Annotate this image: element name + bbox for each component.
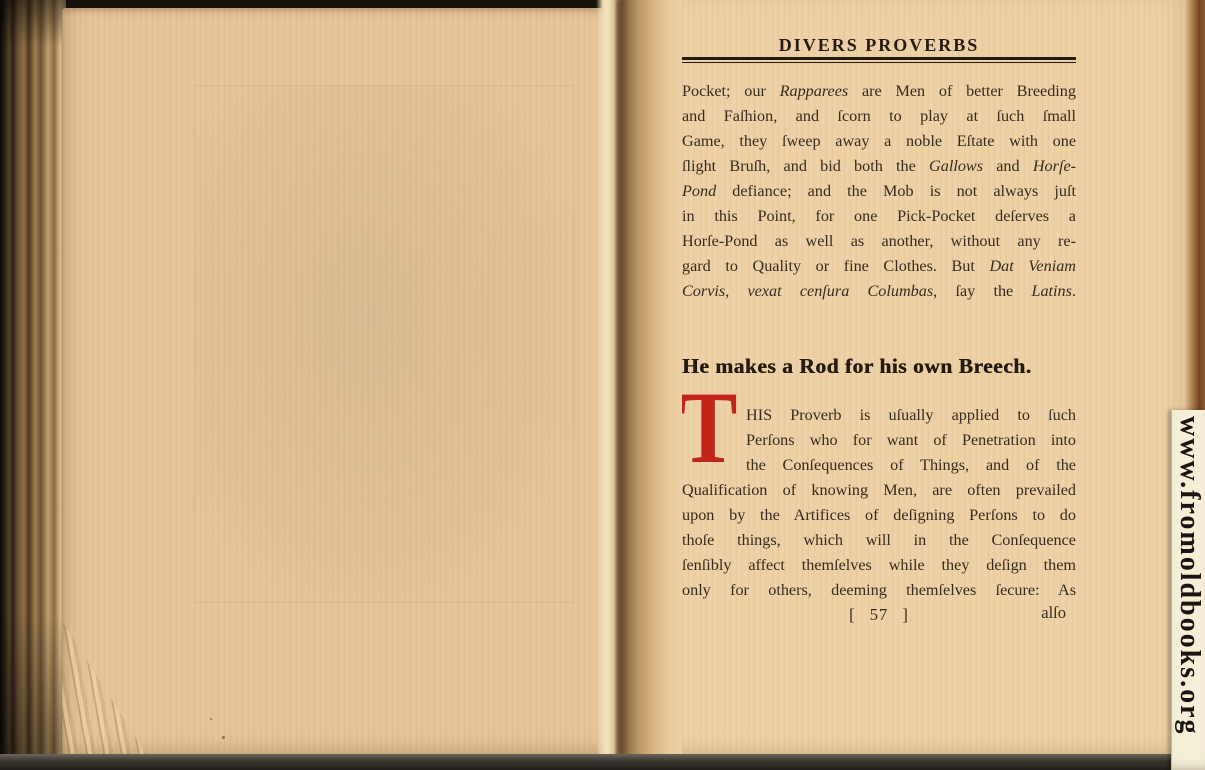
text-line: Game, they ſweep away a noble Eſtate wit… xyxy=(682,129,1076,154)
bottom-scan-bar xyxy=(0,754,1171,770)
page-footer: [ 57 ] alſo xyxy=(682,605,1076,630)
text-line: Qualification of knowing Men, are often … xyxy=(682,478,1076,503)
folio-page-number: [ 57 ] xyxy=(682,605,1076,625)
right-page: DIVERS PROVERBS Pocket; our Rapparees ar… xyxy=(640,0,1196,756)
text-line: and Faſhion, and ſcorn to play at ſuch ſ… xyxy=(682,104,1076,129)
text-line: Perſons who for want of Penetration into xyxy=(746,428,1076,453)
header-rule xyxy=(682,57,1076,63)
paper-speck xyxy=(222,736,225,739)
paragraph-continuation: Pocket; our Rapparees are Men of better … xyxy=(682,79,1076,304)
drop-cap-letter: T xyxy=(679,377,730,480)
right-page-edge xyxy=(1186,0,1205,414)
text-line: ſlight Bruſh, and bid both the Gallows a… xyxy=(682,154,1076,179)
showthrough-ghost xyxy=(195,85,575,603)
watermark-url: www.fromoldbooks.org xyxy=(1173,416,1205,736)
text-line: upon by the Artifices of deſigning Perſo… xyxy=(682,503,1076,528)
text-line: in this Point, for one Pick-Pocket deſer… xyxy=(682,204,1076,229)
rule-thin xyxy=(682,62,1076,63)
text-line: ſenſibly affect themſelves while they de… xyxy=(682,553,1076,578)
text-line: thoſe things, which will in the Conſeque… xyxy=(682,528,1076,553)
page-edge-fan xyxy=(62,606,252,756)
text-column: DIVERS PROVERBS Pocket; our Rapparees ar… xyxy=(682,0,1076,756)
paper-speck xyxy=(210,718,212,720)
text-line: Pocket; our Rapparees are Men of better … xyxy=(682,79,1076,104)
main-paragraph: T HIS Proverb is uſually applied to ſuch… xyxy=(682,403,1076,603)
running-head: DIVERS PROVERBS xyxy=(682,35,1076,56)
rule-thick xyxy=(682,57,1076,60)
text-line: gard to Quality or fine Clothes. But Dat… xyxy=(682,254,1076,279)
section-heading: He makes a Rod for his own Breech. xyxy=(682,354,1076,379)
catchword: alſo xyxy=(1041,603,1066,623)
text-line: only for others, deeming themſelves ſecu… xyxy=(682,578,1076,603)
text-line: the Conſequences of Things, and of the xyxy=(746,453,1076,478)
book-scan: DIVERS PROVERBS Pocket; our Rapparees ar… xyxy=(0,0,1205,770)
left-page xyxy=(62,8,612,756)
watermark-strip: www.fromoldbooks.org xyxy=(1171,410,1205,770)
text-line: HIS Proverb is uſually applied to ſuch xyxy=(746,403,1076,428)
text-line: Pond defiance; and the Mob is not always… xyxy=(682,179,1076,204)
text-line: Horſe-Pond as well as another, without a… xyxy=(682,229,1076,254)
text-line: Corvis, vexat cenſura Columbas, ſay the … xyxy=(682,279,1076,304)
left-page-edges xyxy=(0,0,66,770)
